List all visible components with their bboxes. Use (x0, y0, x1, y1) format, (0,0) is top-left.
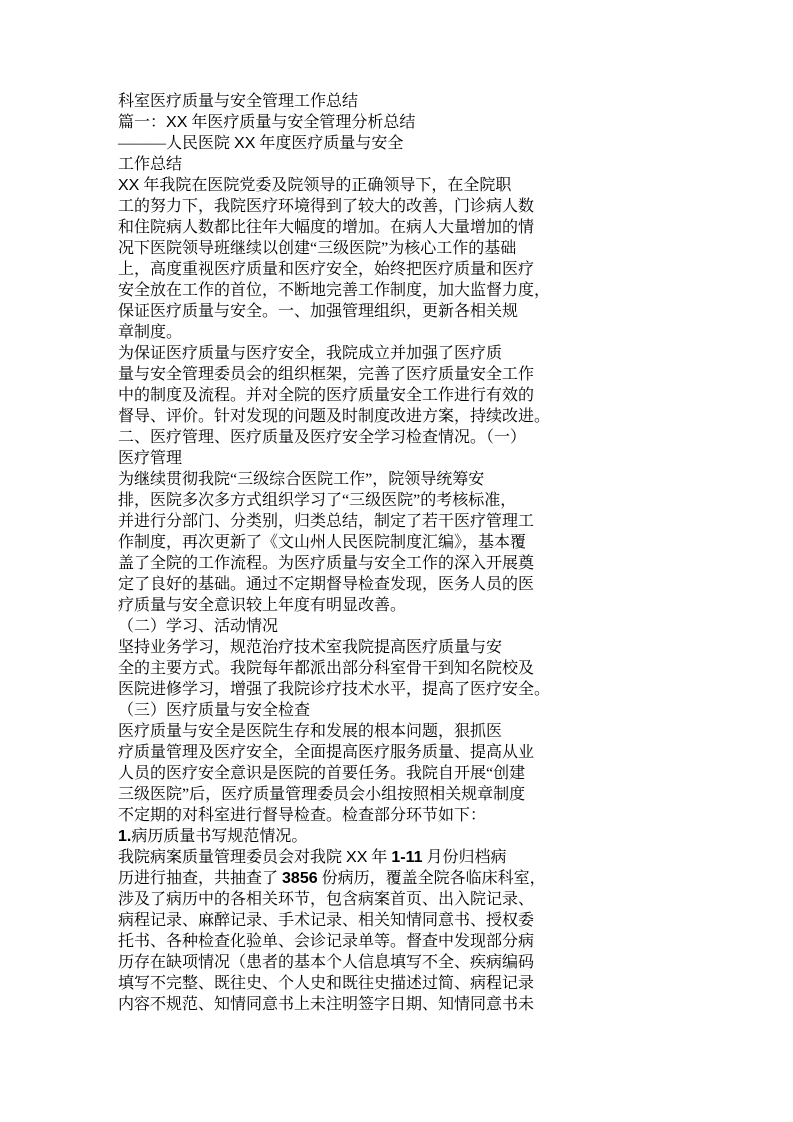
text-line: （二）学习、活动情况 (118, 616, 678, 637)
text-line: 填写不完整、既往史、个人史和既往史描述过简、病程记录 (118, 973, 678, 994)
text-line: 涉及了病历中的各相关环节，包含病案首页、出入院记录、 (118, 889, 678, 910)
latin-placeholder: XX (346, 849, 367, 866)
text-line: 作制度，再次更新了《文山州人民医院制度汇编》，基本覆 (118, 532, 678, 553)
text-line: 安全放在工作的首位，不断地完善工作制度，加大监督力度， (118, 280, 678, 301)
text-line: 医院进修学习，增强了我院诊疗技术水平，提高了医疗安全。 (118, 679, 678, 700)
text-line: 三级医院”后，医疗质量管理委员会小组按照相关规章制度 (118, 784, 678, 805)
text-line: 为继续贯彻我院“三级综合医院工作”，院领导统筹安 (118, 469, 678, 490)
text-line: 坚持业务学习，规范治疗技术室我院提高医疗质量与安 (118, 637, 678, 658)
text-line: 内容不规范、知情同意书上未注明签字日期、知情同意书未 (118, 994, 678, 1015)
text-line: ———人民医院 XX 年度医疗质量与安全 (118, 133, 678, 154)
text-line: 和住院病人数都比往年大幅度的增加。在病人大量增加的情 (118, 217, 678, 238)
text-line: 人员的医疗安全意识是医院的首要任务。我院自开展“创建 (118, 763, 678, 784)
text-line: 盖了全院的工作流程。为医疗质量与安全工作的深入开展奠 (118, 553, 678, 574)
text-line: 疗质量与安全意识较上年度有明显改善。 (118, 595, 678, 616)
text-line: 不定期的对科室进行督导检查。检查部分环节如下： (118, 805, 678, 826)
text-line: 况下医院领导班继续以创建“三级医院”为核心工作的基础 (118, 238, 678, 259)
bold-number: 3856 (282, 870, 318, 887)
document-title: 科室医疗质量与安全管理工作总结 (118, 91, 678, 112)
text-line: 历进行抽查，共抽查了 3856 份病历，覆盖全院各临床科室， (118, 868, 678, 889)
text-line: 督导、评价。针对发现的问题及时制度改进方案，持续改进。 (118, 406, 678, 427)
document-page: 科室医疗质量与安全管理工作总结篇一：XX 年医疗质量与安全管理分析总结———人民… (0, 0, 793, 1122)
text-line: 托书、各种检查化验单、会诊记录单等。督查中发现部分病 (118, 931, 678, 952)
text-line: XX 年我院在医院党委及院领导的正确领导下，在全院职 (118, 175, 678, 196)
text-line: 章制度。 (118, 322, 678, 343)
text-line: 病程记录、麻醉记录、手术记录、相关知情同意书、授权委 (118, 910, 678, 931)
text-line: 全的主要方式。我院每年都派出部分科室骨干到知名院校及 (118, 658, 678, 679)
text-line: 医疗质量与安全是医院生存和发展的根本问题，狠抓医 (118, 721, 678, 742)
text-line: 中的制度及流程。并对全院的医疗质量安全工作进行有效的 (118, 385, 678, 406)
text-line: 排，医院多次多方式组织学习了“三级医院”的考核标准， (118, 490, 678, 511)
latin-placeholder: XX (166, 114, 187, 131)
text-line: 疗质量管理及医疗安全，全面提高医疗服务质量、提高从业 (118, 742, 678, 763)
text-line: 二、医疗管理、医疗质量及医疗安全学习检查情况。（一） (118, 427, 678, 448)
text-line: 医疗管理 (118, 448, 678, 469)
document-text: 科室医疗质量与安全管理工作总结篇一：XX 年医疗质量与安全管理分析总结———人民… (118, 91, 678, 1015)
text-line: 工作总结 (118, 154, 678, 175)
text-line: 量与安全管理委员会的组织框架，完善了医疗质量安全工作 (118, 364, 678, 385)
text-line: 我院病案质量管理委员会对我院 XX 年 1-11 月份归档病 (118, 847, 678, 868)
text-line: 篇一：XX 年医疗质量与安全管理分析总结 (118, 112, 678, 133)
text-line: 上，高度重视医疗质量和医疗安全，始终把医疗质量和医疗 (118, 259, 678, 280)
latin-placeholder: XX (118, 177, 139, 194)
text-line: 并进行分部门、分类别，归类总结，制定了若干医疗管理工 (118, 511, 678, 532)
text-line: 保证医疗质量与安全。一、加强管理组织，更新各相关规 (118, 301, 678, 322)
text-line: 为保证医疗质量与医疗安全，我院成立并加强了医疗质 (118, 343, 678, 364)
text-line: 定了良好的基础。通过不定期督导检查发现，医务人员的医 (118, 574, 678, 595)
text-line: 工的努力下，我院医疗环境得到了较大的改善，门诊病人数 (118, 196, 678, 217)
bold-number: 1-11 (391, 849, 422, 866)
text-line: 历存在缺项情况（患者的基本个人信息填写不全、疾病编码 (118, 952, 678, 973)
text-line: 1.病历质量书写规范情况。 (118, 826, 678, 847)
bold-number: 1. (118, 828, 131, 845)
latin-placeholder: XX (234, 135, 255, 152)
text-line: （三）医疗质量与安全检查 (118, 700, 678, 721)
